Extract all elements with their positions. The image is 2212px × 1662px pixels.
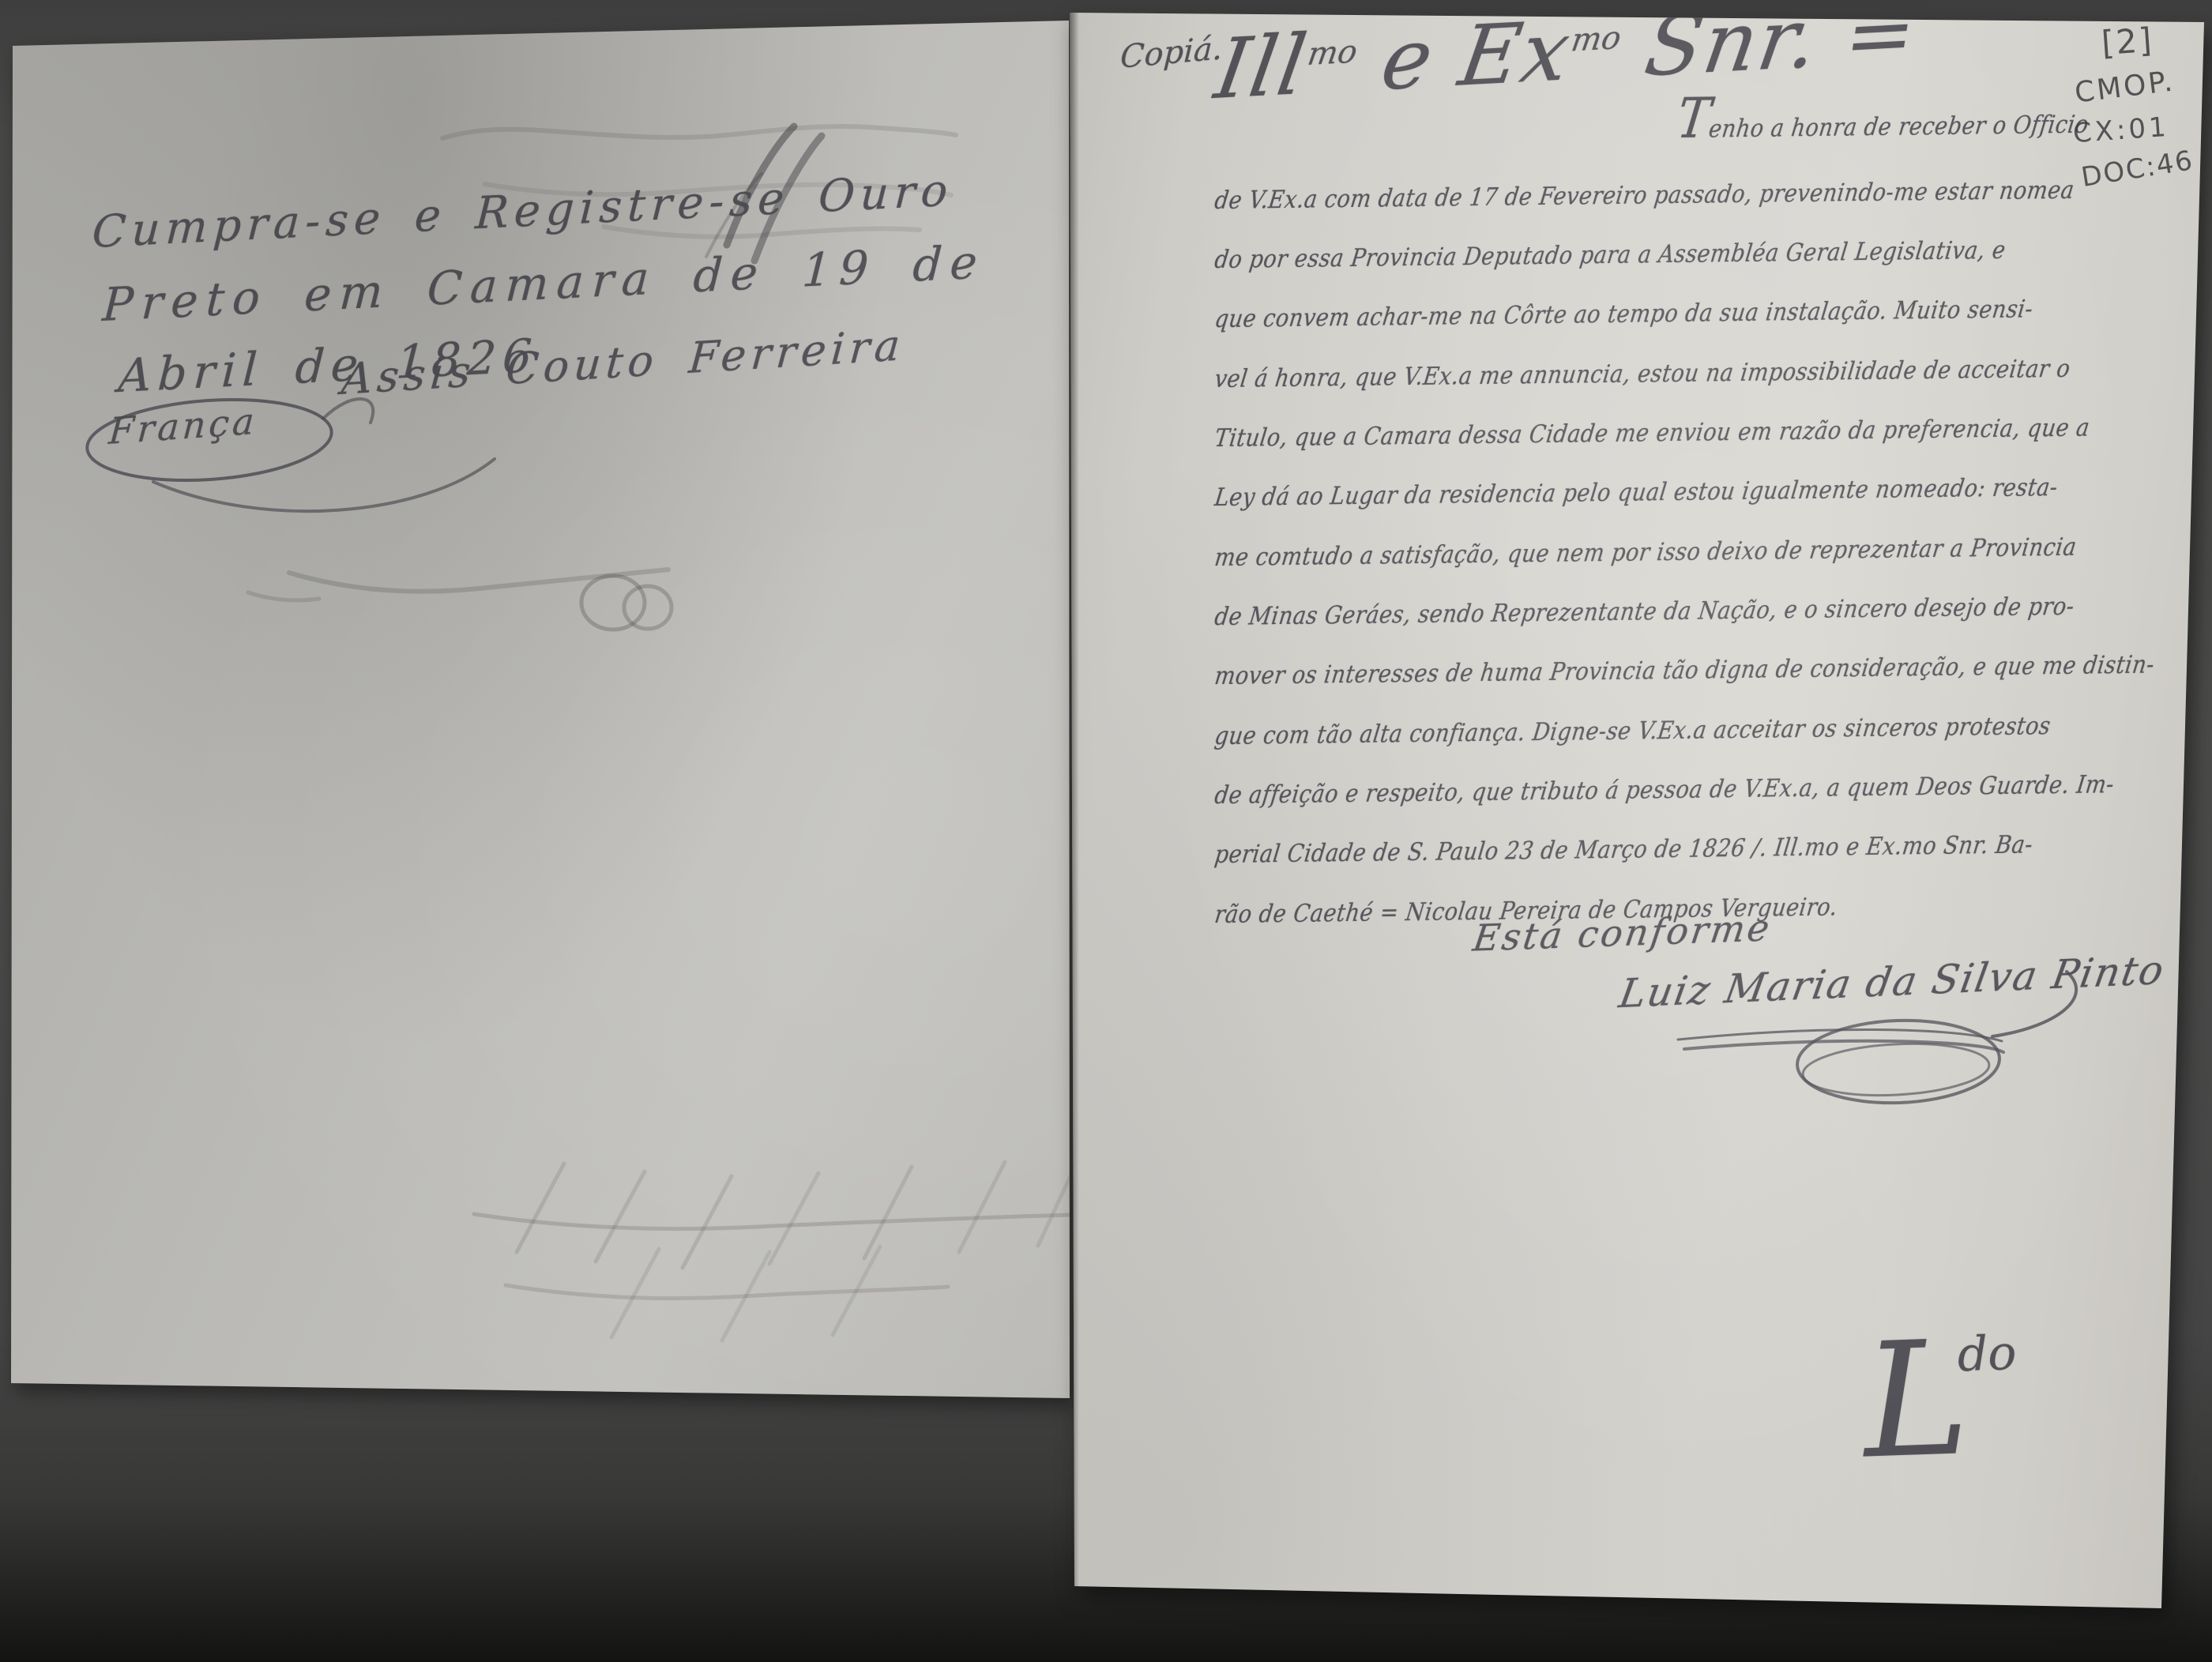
- despacho-line-3: Abril de 1826: [117, 329, 540, 403]
- copyist-signature: Luiz Maria da Silva Pinto: [1616, 947, 2168, 1017]
- signature-flourish: [1678, 972, 2076, 1106]
- registry-mark: Ldo: [1861, 1318, 2030, 1481]
- franca-rubric-text: França: [107, 399, 259, 453]
- left-page-marks: [11, 20, 1070, 1399]
- salutation-superscript-2: mo: [1569, 20, 1623, 59]
- bleed-through-bottom: [474, 1157, 1070, 1341]
- archive-code-box: CX:01: [2072, 111, 2170, 149]
- letter-body-line: Ley dá ao Lugar da residencia pelo qual …: [1213, 473, 2059, 512]
- letter-body-line: perial Cidade de S. Paulo 23 de Março de…: [1213, 830, 2034, 869]
- letter-body-line: me comtudo a satisfação, que nem por iss…: [1213, 533, 2078, 572]
- archive-code-doc: DOC:46: [2079, 145, 2196, 194]
- salutation-abbrev-2: e Ex: [1348, 2, 1578, 111]
- letter-body-line: vel á honra, que V.Ex.a me annuncia, est…: [1213, 355, 2071, 393]
- registry-mark-letter: L: [1860, 1307, 1972, 1494]
- registry-mark-superscript: do: [1957, 1325, 2018, 1383]
- bleed-through-flourish: [706, 126, 822, 261]
- attestation-line: Está conforme: [1470, 906, 1774, 959]
- letter-body-line: de V.Ex.a com data de 17 de Fevereiro pa…: [1213, 176, 2075, 215]
- archival-photograph: { "left_page": { "despacho_lines": [ "Cu…: [0, 0, 2212, 1662]
- letter-body-line: do por essa Provincia Deputado para a As…: [1213, 236, 2007, 274]
- left-page: Cumpra-se e Registre-se Ouro Preto em Ca…: [11, 20, 1070, 1399]
- letter-body-line: de Minas Geráes, sendo Reprezentante da …: [1213, 592, 2075, 631]
- right-page-shadow-wrap: Copiá. Illmo e Exmo Snr. = Tenho a honra…: [0, 0, 2212, 1662]
- bleed-through-top: [442, 126, 956, 237]
- salutation-superscript-1: mo: [1305, 33, 1360, 73]
- left-page-signature: Assis Couto Ferreira: [340, 320, 907, 404]
- franca-rubric-oval: [85, 392, 495, 511]
- salutation-abbrev-1: Ill: [1209, 16, 1314, 118]
- right-page: Copiá. Illmo e Exmo Snr. = Tenho a honra…: [1070, 0, 2212, 1613]
- letter-body-line: Tenho a honra de receber o Officio: [1674, 111, 2090, 144]
- despacho-line-2: Preto em Camara de 19 de: [101, 235, 987, 332]
- bleed-through-middle: [248, 570, 671, 630]
- letter-body-line: rão de Caethé = Nicolau Pereira de Campo…: [1213, 893, 1839, 929]
- letter-body-line: mover os interesses de huma Provincia tã…: [1213, 650, 2156, 690]
- despacho-line-1: Cumpra-se e Registre-se Ouro: [91, 164, 954, 258]
- archive-code-fund: CMOP.: [2073, 65, 2176, 109]
- salutation-ending: Snr. =: [1612, 0, 1924, 97]
- salutation: Illmo e Exmo Snr. =: [1209, 0, 1924, 118]
- right-page-marks: [1070, 0, 2212, 1613]
- page-number-annotation: [2]: [2100, 21, 2154, 62]
- copy-label: Copiá.: [1119, 30, 1224, 76]
- letter-body-line: que convem achar-me na Côrte ao tempo da…: [1213, 295, 2034, 333]
- letter-body-line: de affeição e respeito, que tributo á pe…: [1213, 770, 2116, 810]
- letter-body-line: Titulo, que a Camara dessa Cidade me env…: [1213, 413, 2091, 453]
- letter-body-line: gue com tão alta confiança. Digne-se V.E…: [1213, 712, 2052, 750]
- left-page-shadow-wrap: Cumpra-se e Registre-se Ouro Preto em Ca…: [0, 0, 2212, 1662]
